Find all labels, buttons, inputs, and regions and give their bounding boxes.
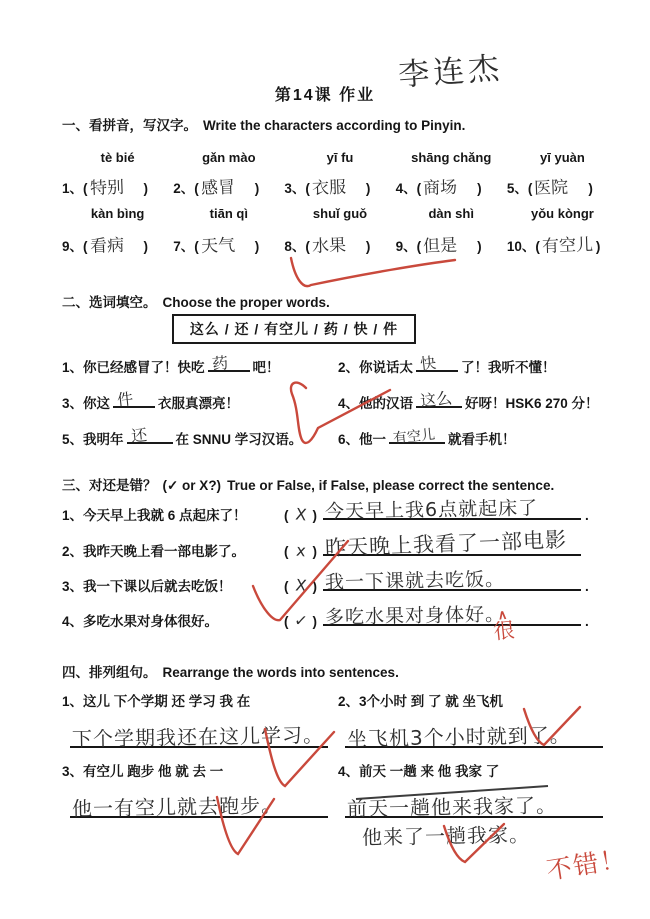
paren-close: ): [477, 181, 482, 196]
handwritten-answer: 坐飞机3个小时就到了。: [347, 719, 571, 752]
section3-heading-cn: 三、对还是错？: [62, 478, 157, 493]
handwritten-answer: 感冒: [198, 172, 255, 199]
scrambled-words: 3个小时 到 了 就 坐飞机: [359, 694, 503, 709]
handwritten-answer: 快: [419, 350, 437, 375]
item-number: 10、: [507, 239, 536, 254]
pinyin-answer-item: 5、(医院): [507, 173, 618, 198]
section1-heading: 一、看拼音，写汉字。Write the characters according…: [62, 114, 465, 134]
sentence-text: 多吃水果对身体很好。: [83, 614, 218, 629]
handwritten-answer: 水果: [310, 230, 367, 257]
answer-line: 他一有空儿就去跑步。: [70, 786, 328, 818]
rearrange-item-words: 4、前天 一趟 来 他 我家 了: [338, 760, 499, 780]
handwritten-answer: 但是: [421, 230, 478, 257]
handwritten-answer: 看病: [87, 230, 144, 257]
pinyin-answer-item: 2、(感冒): [173, 173, 284, 198]
word-bank-box: 这么 / 还 / 有空儿 / 药 / 快 / 件: [172, 314, 416, 344]
item-number: 4、: [62, 614, 83, 629]
handwritten-answer-second-try: 他来了一趟我家。: [362, 819, 530, 851]
fill-blank-item: 5、我明年还在 SNNU 学习汉语。: [62, 428, 302, 448]
section1-pinyin-row1: tè bié gǎn mào yī fu shāng chǎng yī yuàn: [62, 150, 618, 165]
correction-line: 昨天晚上我看了一部电影: [323, 538, 581, 556]
item-number: 4、: [396, 181, 417, 196]
handwritten-answer: 衣服: [310, 172, 367, 199]
sentence-text: 我一下课以后就去吃饭！: [83, 579, 232, 594]
handwritten-correction: 我一下课就去吃饭。: [325, 564, 505, 594]
fill-blank-item: 4、他的汉语这么好呀！HSK6 270 分！: [338, 392, 599, 412]
tf-mark-handwritten: x: [288, 540, 314, 561]
sentence-before: 他一: [359, 432, 386, 447]
item-number: 5、: [507, 181, 528, 196]
sentence-before: 我明年: [83, 432, 124, 447]
item-number: 1、: [62, 508, 83, 523]
paren-close: ): [366, 181, 371, 196]
section2-heading: 二、选词填空。Choose the proper words.: [62, 291, 330, 311]
paren-close: ): [255, 239, 260, 254]
answer-line: 坐飞机3个小时就到了。: [345, 716, 603, 748]
section1-answer-row2: 9、(看病) 7、(天气) 8、(水果) 9、(但是) 10、(有空儿): [62, 231, 618, 256]
tf-mark-handwritten: X: [288, 504, 314, 525]
tf-mark-handwritten: ✓: [288, 610, 314, 631]
paren-close: ): [588, 181, 593, 196]
page-title: 第14课 作业: [0, 82, 650, 105]
handwritten-answer: 件: [116, 386, 134, 411]
pinyin-label: tiān qì: [173, 206, 284, 221]
pinyin-answer-item: 7、(天气): [173, 231, 284, 256]
pinyin-label: dàn shì: [396, 206, 507, 221]
item-number: 3、: [284, 181, 305, 196]
teacher-comment: 不错！: [544, 839, 630, 887]
sentence-after: 好呀！HSK6 270 分！: [465, 396, 599, 411]
fill-blank-item: 1、你已经感冒了！快吃药吧！: [62, 356, 280, 376]
item-number: 4、: [338, 396, 359, 411]
answer-blank: 快: [416, 357, 458, 372]
answer-blank: 药: [208, 357, 250, 372]
answer-blank: 还: [127, 429, 173, 444]
sentence-after: 了！我听不懂！: [461, 360, 556, 375]
rearrange-item-words: 3、有空儿 跑步 他 就 去 一: [62, 760, 223, 780]
pinyin-label: shuǐ guǒ: [284, 206, 395, 221]
section3-heading: 三、对还是错？(✓ or X?)True or False, if False,…: [62, 474, 554, 494]
section4-heading: 四、排列组句。Rearrange the words into sentence…: [62, 661, 399, 681]
item-number: 2、: [338, 360, 359, 375]
answer-line: 下个学期我还在这儿学习。: [70, 716, 328, 748]
handwritten-correction: 多吃水果对身体好。: [325, 599, 505, 629]
sentence-after: 在 SNNU 学习汉语。: [176, 432, 303, 447]
sentence-text: 今天早上我就 6 点起床了！: [83, 508, 247, 523]
pinyin-label: yǒu kòngr: [507, 206, 618, 221]
answer-blank: 有空儿: [389, 429, 445, 444]
item-number: 1、: [62, 360, 83, 375]
handwritten-answer: 这么: [419, 385, 453, 411]
item-number: 2、: [173, 181, 194, 196]
handwritten-answer: 他来了一趟我家。: [362, 823, 530, 850]
paren-close: ): [596, 239, 601, 254]
item-number: 2、: [338, 694, 359, 709]
item-number: 3、: [62, 396, 83, 411]
handwritten-correction: 昨天晚上我看了一部电影: [325, 524, 568, 562]
pinyin-answer-item: 4、(商场): [396, 173, 507, 198]
paren-open: (: [83, 181, 88, 196]
scrambled-words: 这儿 下个学期 还 学习 我 在: [83, 694, 250, 709]
section4-heading-cn: 四、排列组句。: [62, 665, 157, 680]
item-number: 2、: [62, 544, 83, 559]
section1-heading-en: Write the characters according to Pinyin…: [203, 118, 465, 133]
handwritten-answer: 天气: [198, 230, 255, 257]
pinyin-label: yī fu: [284, 150, 395, 165]
true-false-item: 1、今天早上我就 6 点起床了！(X)今天早上我6点就起床了.: [62, 502, 589, 524]
handwritten-answer: 还: [129, 422, 147, 447]
item-number: 3、: [62, 764, 83, 779]
section3-heading-mid: (✓ or X?): [163, 478, 222, 493]
pinyin-answer-item: 1、(特别): [62, 173, 173, 198]
scrambled-words: 有空儿 跑步 他 就 去 一: [83, 764, 223, 779]
paren-close: ): [255, 181, 260, 196]
item-number: 3、: [62, 579, 83, 594]
sentence-after: 吧！: [253, 360, 280, 375]
item-number: 5、: [62, 432, 83, 447]
scrambled-words: 前天 一趟 来 他 我家 了: [359, 764, 499, 779]
fill-blank-item: 3、你这件衣服真漂亮！: [62, 392, 239, 412]
handwritten-correction: 今天早上我6点就起床了: [325, 493, 539, 524]
paren-close: ): [366, 239, 371, 254]
pinyin-answer-item: 9、(但是): [396, 231, 507, 256]
paren-open: (: [83, 239, 88, 254]
item-number: 7、: [173, 239, 194, 254]
section4-heading-en: Rearrange the words into sentences.: [163, 665, 399, 680]
section1-answer-row1: 1、(特别) 2、(感冒) 3、(衣服) 4、(商场) 5、(医院): [62, 173, 618, 198]
strikethrough-line: [352, 779, 552, 805]
pinyin-label: shāng chǎng: [396, 150, 507, 165]
pinyin-label: yī yuàn: [507, 150, 618, 165]
teacher-insertion: ∧ 很: [491, 607, 515, 643]
rearrange-item-words: 1、这儿 下个学期 还 学习 我 在: [62, 690, 250, 710]
section3-heading-en: True or False, if False, please correct …: [227, 478, 554, 493]
section2-heading-en: Choose the proper words.: [163, 295, 330, 310]
fill-blank-item: 6、他一有空儿就看手机！: [338, 428, 516, 448]
sentence-after: 就看手机！: [448, 432, 516, 447]
item-number: 1、: [62, 181, 83, 196]
pinyin-label: tè bié: [62, 150, 173, 165]
paren-close: ): [477, 239, 482, 254]
section1-heading-cn: 一、看拼音，写汉字。: [62, 118, 197, 133]
line-tail: .: [585, 614, 589, 629]
correction-line: 今天早上我6点就起床了: [323, 502, 581, 520]
tf-sentence: 3、我一下课以后就去吃饭！: [62, 575, 284, 595]
handwritten-answer: 药: [210, 350, 228, 375]
true-false-item: 3、我一下课以后就去吃饭！(X)我一下课就去吃饭。.: [62, 573, 589, 595]
sentence-after: 衣服真漂亮！: [158, 396, 239, 411]
section2-heading-cn: 二、选词填空。: [62, 295, 157, 310]
item-number: 4、: [338, 764, 359, 779]
tf-sentence: 1、今天早上我就 6 点起床了！: [62, 504, 284, 524]
pinyin-label: gǎn mào: [173, 150, 284, 165]
handwritten-answer: 商场: [421, 172, 478, 199]
answer-blank: 这么: [416, 393, 462, 408]
handwritten-answer: 下个学期我还在这儿学习。: [72, 719, 324, 752]
item-number: 9、: [396, 239, 417, 254]
section1-pinyin-row2: kàn bìng tiān qì shuǐ guǒ dàn shì yǒu kò…: [62, 206, 618, 221]
line-tail: .: [585, 579, 589, 594]
pinyin-answer-item: 3、(衣服): [284, 173, 395, 198]
handwritten-answer: 他一有空儿就去跑步。: [72, 789, 282, 822]
pinyin-answer-item: 9、(看病): [62, 231, 173, 256]
sentence-before: 他的汉语: [359, 396, 413, 411]
tf-sentence: 4、多吃水果对身体很好。: [62, 610, 284, 630]
correction-line: 多吃水果对身体好。: [323, 608, 581, 626]
student-name-handwritten: 李连杰: [397, 42, 505, 94]
sentence-text: 我昨天晚上看一部电影了。: [83, 544, 245, 559]
answer-blank: 件: [113, 393, 155, 408]
red-check-icon: [283, 252, 463, 296]
item-number: 6、: [338, 432, 359, 447]
item-number: 1、: [62, 694, 83, 709]
tf-sentence: 2、我昨天晚上看一部电影了。: [62, 540, 284, 560]
handwritten-answer: 有空儿: [539, 230, 596, 257]
handwritten-answer: 有空儿: [392, 424, 436, 448]
pinyin-answer-item: 10、(有空儿): [507, 231, 618, 256]
sentence-before: 你已经感冒了！快吃: [83, 360, 205, 375]
handwritten-answer: 特别: [87, 172, 144, 199]
fill-blank-item: 2、你说话太快了！我听不懂！: [338, 356, 556, 376]
sentence-before: 你说话太: [359, 360, 413, 375]
pinyin-label: kàn bìng: [62, 206, 173, 221]
sentence-before: 你这: [83, 396, 110, 411]
true-false-item: 2、我昨天晚上看一部电影了。(x)昨天晚上我看了一部电影: [62, 538, 585, 560]
pinyin-answer-item: 8、(水果): [284, 231, 395, 256]
homework-worksheet-page: 第14课 作业 李连杰 一、看拼音，写汉字。Write the characte…: [0, 0, 650, 919]
teacher-inserted-word: 很: [493, 620, 516, 643]
handwritten-answer: 医院: [532, 172, 589, 199]
correction-line: 我一下课就去吃饭。: [323, 573, 581, 591]
item-number: 8、: [284, 239, 305, 254]
rearrange-item-words: 2、3个小时 到 了 就 坐飞机: [338, 690, 503, 710]
item-number: 9、: [62, 239, 83, 254]
tf-mark-handwritten: X: [288, 575, 314, 596]
line-tail: .: [585, 508, 589, 523]
